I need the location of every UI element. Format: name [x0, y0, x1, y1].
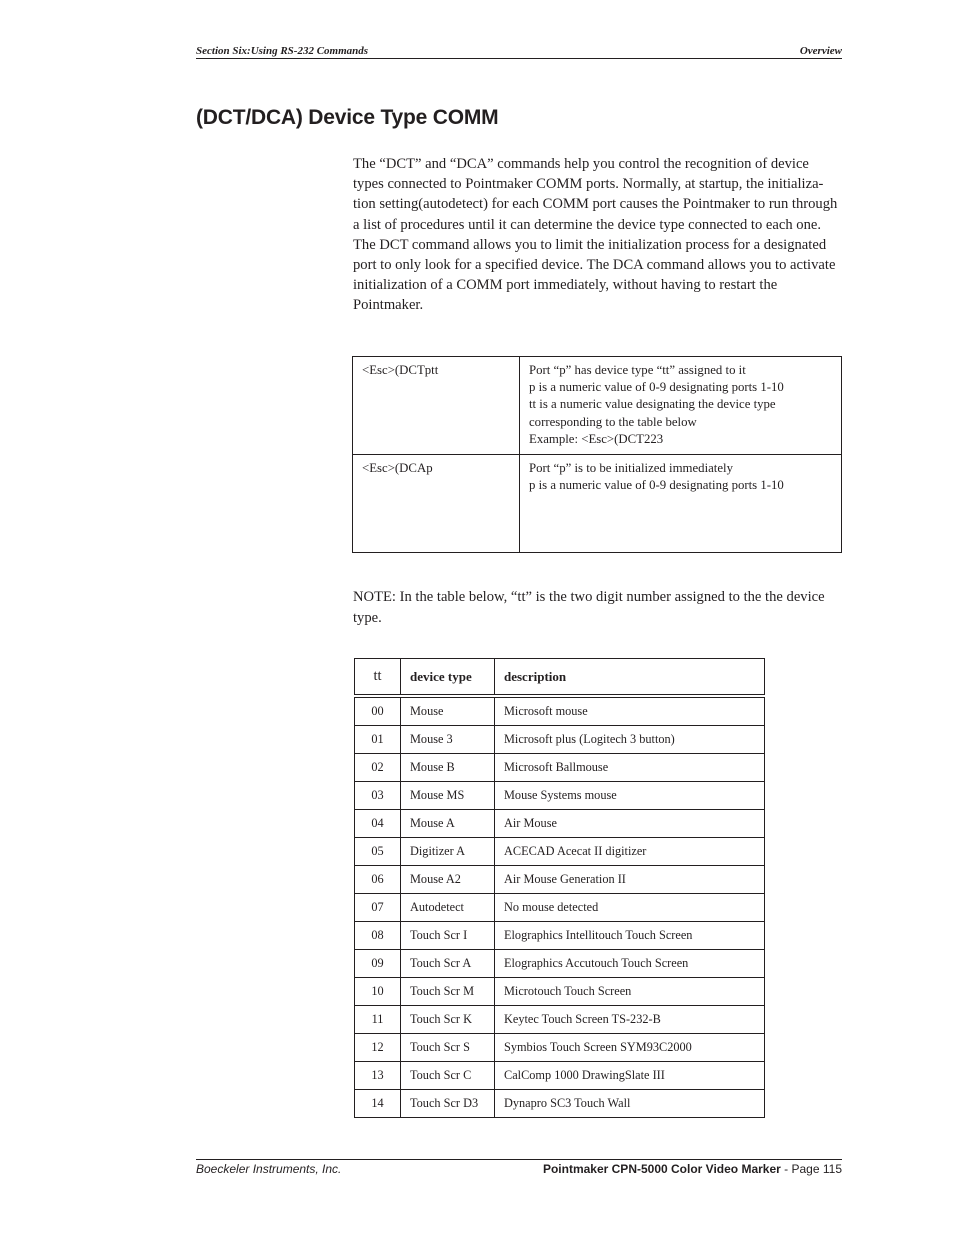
device-code: 08: [355, 922, 401, 950]
device-code: 14: [355, 1090, 401, 1118]
table-row: 08Touch Scr IElographics Intellitouch To…: [355, 922, 765, 950]
device-type: Mouse A2: [401, 866, 495, 894]
device-code: 13: [355, 1062, 401, 1090]
device-code: 07: [355, 894, 401, 922]
device-description: Elographics Accutouch Touch Screen: [495, 950, 765, 978]
device-description: Air Mouse Generation II: [495, 866, 765, 894]
table-row: 07AutodetectNo mouse detected: [355, 894, 765, 922]
device-type: Autodetect: [401, 894, 495, 922]
device-type: Touch Scr C: [401, 1062, 495, 1090]
device-type: Touch Scr D3: [401, 1090, 495, 1118]
command-description: Port “p” is to be initialized immediatel…: [520, 455, 842, 553]
device-code: 00: [355, 696, 401, 726]
device-type: Touch Scr S: [401, 1034, 495, 1062]
table-row: 12Touch Scr SSymbios Touch Screen SYM93C…: [355, 1034, 765, 1062]
device-type: Mouse B: [401, 754, 495, 782]
footer-right: Pointmaker CPN-5000 Color Video Marker -…: [543, 1162, 842, 1176]
table-row: 01Mouse 3Microsoft plus (Logitech 3 butt…: [355, 726, 765, 754]
device-description: Symbios Touch Screen SYM93C2000: [495, 1034, 765, 1062]
device-code: 02: [355, 754, 401, 782]
note-paragraph: NOTE: In the table below, “tt” is the tw…: [353, 587, 843, 629]
device-description: Microsoft plus (Logitech 3 button): [495, 726, 765, 754]
device-type: Touch Scr I: [401, 922, 495, 950]
table-row: 06Mouse A2Air Mouse Generation II: [355, 866, 765, 894]
device-type: Mouse: [401, 696, 495, 726]
company-name: Boeckeler Instruments, Inc.: [196, 1162, 341, 1176]
table-row: 05Digitizer AACECAD Acecat II digitizer: [355, 838, 765, 866]
table-row: 00MouseMicrosoft mouse: [355, 696, 765, 726]
description-line: Port “p” is to be initialized immediatel…: [529, 460, 832, 477]
description-line: Port “p” has device type “tt” assigned t…: [529, 362, 832, 379]
command-description: Port “p” has device type “tt” assigned t…: [520, 357, 842, 455]
device-code: 09: [355, 950, 401, 978]
command-row: <Esc>(DCAp Port “p” is to be initialized…: [353, 455, 842, 553]
description-line: tt is a numeric value designating the de…: [529, 396, 832, 413]
table-row: 13Touch Scr CCalComp 1000 DrawingSlate I…: [355, 1062, 765, 1090]
device-type: Touch Scr M: [401, 978, 495, 1006]
table-row: 02Mouse BMicrosoft Ballmouse: [355, 754, 765, 782]
device-type: Digitizer A: [401, 838, 495, 866]
header-device-type: device type: [401, 659, 495, 697]
device-description: Mouse Systems mouse: [495, 782, 765, 810]
table-row: 10Touch Scr MMicrotouch Touch Screen: [355, 978, 765, 1006]
product-name: Pointmaker CPN-5000 Color Video Marker: [543, 1162, 781, 1176]
page-separator: -: [781, 1162, 792, 1176]
device-description: Microsoft Ballmouse: [495, 754, 765, 782]
device-code: 05: [355, 838, 401, 866]
device-description: Elographics Intellitouch Touch Screen: [495, 922, 765, 950]
device-code: 10: [355, 978, 401, 1006]
device-description: Keytec Touch Screen TS-232-B: [495, 1006, 765, 1034]
device-code: 03: [355, 782, 401, 810]
device-type: Mouse 3: [401, 726, 495, 754]
command-syntax: <Esc>(DCAp: [353, 455, 520, 553]
device-code: 01: [355, 726, 401, 754]
device-description: No mouse detected: [495, 894, 765, 922]
device-table-body: 00MouseMicrosoft mouse01Mouse 3Microsoft…: [355, 696, 765, 1118]
header-description: description: [495, 659, 765, 697]
intro-paragraph: The “DCT” and “DCA” commands help you co…: [353, 154, 843, 316]
device-description: Microtouch Touch Screen: [495, 978, 765, 1006]
description-line: corresponding to the table below: [529, 414, 832, 431]
command-row: <Esc>(DCTptt Port “p” has device type “t…: [353, 357, 842, 455]
description-line: p is a numeric value of 0-9 designating …: [529, 379, 832, 396]
section-label: Section Six:Using RS-232 Commands: [196, 45, 368, 57]
page-footer: Boeckeler Instruments, Inc. Pointmaker C…: [196, 1159, 842, 1176]
device-type: Touch Scr A: [401, 950, 495, 978]
table-header-row: tt device type description: [355, 659, 765, 697]
device-description: CalComp 1000 DrawingSlate III: [495, 1062, 765, 1090]
table-row: 03Mouse MSMouse Systems mouse: [355, 782, 765, 810]
device-type: Touch Scr K: [401, 1006, 495, 1034]
device-code: 12: [355, 1034, 401, 1062]
description-line: Example: <Esc>(DCT223: [529, 431, 832, 448]
device-code: 06: [355, 866, 401, 894]
page-number: Page 115: [792, 1162, 843, 1176]
device-description: Air Mouse: [495, 810, 765, 838]
device-code: 04: [355, 810, 401, 838]
device-description: ACECAD Acecat II digitizer: [495, 838, 765, 866]
device-code: 11: [355, 1006, 401, 1034]
running-header: Section Six:Using RS-232 Commands Overvi…: [196, 45, 842, 59]
topic-label: Overview: [800, 45, 842, 57]
table-row: 09Touch Scr AElographics Accutouch Touch…: [355, 950, 765, 978]
device-type-table: tt device type description 00MouseMicros…: [354, 658, 765, 1118]
description-line: p is a numeric value of 0-9 designating …: [529, 477, 832, 494]
table-row: 14Touch Scr D3Dynapro SC3 Touch Wall: [355, 1090, 765, 1118]
command-table: <Esc>(DCTptt Port “p” has device type “t…: [352, 356, 842, 553]
device-description: Microsoft mouse: [495, 696, 765, 726]
device-description: Dynapro SC3 Touch Wall: [495, 1090, 765, 1118]
page-title: (DCT/DCA) Device Type COMM: [196, 106, 498, 130]
device-type: Mouse A: [401, 810, 495, 838]
table-row: 04Mouse AAir Mouse: [355, 810, 765, 838]
command-syntax: <Esc>(DCTptt: [353, 357, 520, 455]
device-type: Mouse MS: [401, 782, 495, 810]
header-tt: tt: [355, 659, 401, 697]
table-row: 11Touch Scr KKeytec Touch Screen TS-232-…: [355, 1006, 765, 1034]
